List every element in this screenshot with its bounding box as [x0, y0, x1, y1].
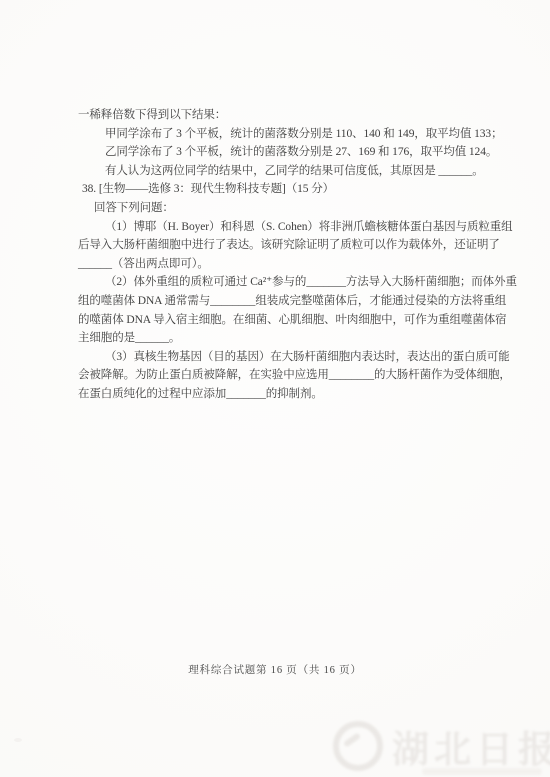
text-line: 一稀释倍数下得到以下结果： — [78, 106, 478, 125]
exam-text: 一稀释倍数下得到以下结果：甲同学涂布了 3 个平板，统计的菌落数分别是 110、… — [78, 106, 478, 404]
text-line: 有人认为这两位同学的结果中，乙同学的结果可信度低，其原因是 ______。 — [78, 162, 478, 181]
text-line: 乙同学涂布了 3 个平板，统计的菌落数分别是 27、169 和 176，取平均值… — [78, 143, 478, 162]
text-line: 回答下列问题： — [78, 199, 478, 218]
text-line: 甲同学涂布了 3 个平板，统计的菌落数分别是 110、140 和 149，取平均… — [78, 125, 478, 144]
text-line: （2）体外重组的质粒可通过 Ca²⁺参与的_______方法导入大肠杆菌细胞；而… — [78, 273, 478, 292]
text-line: 会被降解。为防止蛋白质被降解，在实验中应选用________的大肠杆菌作为受体细… — [78, 366, 478, 385]
text-line: （3）真核生物基因（目的基因）在大肠杆菌细胞内表达时，表达出的蛋白质可能 — [78, 348, 478, 367]
text-line: 组的噬菌体 DNA 通常需与________组装成完整噬菌体后，才能通过侵染的方… — [78, 292, 478, 311]
text-line: 主细胞的是______。 — [78, 329, 478, 348]
text-line: （1）博耶（H. Boyer）和科恩（S. Cohen）将非洲爪蟾核糖体蛋白基因… — [78, 218, 478, 237]
watermark-text: 湖北日报 — [392, 719, 550, 773]
watermark-url-strip — [422, 768, 542, 775]
text-line: 的噬菌体 DNA 导入宿主细胞。在细菌、心肌细胞、叶肉细胞中，可作为重组噬菌体宿 — [78, 311, 478, 330]
text-line: 在蛋白质纯化的过程中应添加_______的抑制剂。 — [78, 385, 478, 404]
watermark: 湖北日报 — [333, 719, 550, 773]
text-line: 38. [生物——选修 3：现代生物科技专题]（15 分） — [78, 180, 478, 199]
text-line: 后导入大肠杆菌细胞中进行了表达。该研究除证明了质粒可以作为载体外，还证明了 — [78, 236, 478, 255]
scanned-page: 一稀释倍数下得到以下结果：甲同学涂布了 3 个平板，统计的菌落数分别是 110、… — [0, 0, 550, 777]
text-line: ______（答出两点即可）。 — [78, 255, 478, 274]
scan-smudge — [14, 738, 22, 742]
newspaper-logo-icon — [333, 721, 383, 771]
page-footer: 理科综合试题第 16 页（共 16 页） — [0, 662, 550, 677]
